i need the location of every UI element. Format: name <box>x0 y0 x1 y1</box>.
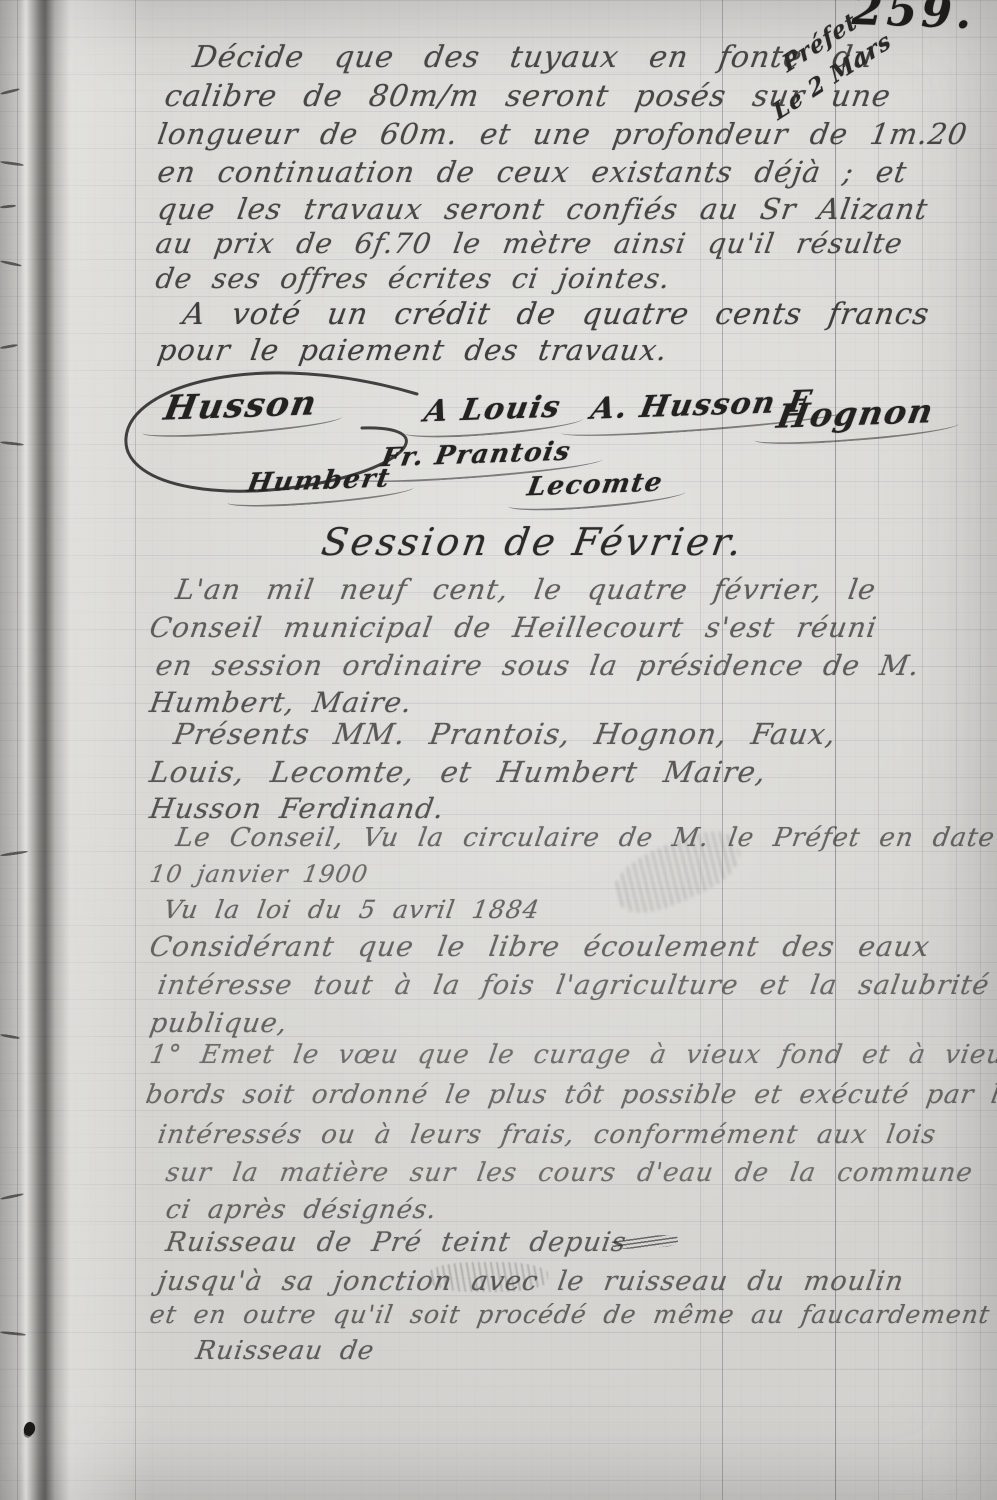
signatures-layer: HussonA LouisA. Husson FHognonFr. Pranto… <box>0 0 997 1500</box>
session-title: Session de Février. <box>319 520 748 564</box>
signature: Hognon <box>774 391 937 435</box>
signature: A Louis <box>421 390 564 430</box>
register-page: 259. Préfet Le 2 Mars Décide que des tuy… <box>0 0 997 1500</box>
signature: Husson <box>161 383 321 428</box>
signature: Fr. Prantois <box>379 437 574 474</box>
signature: Humbert <box>245 464 393 499</box>
signature: Lecomte <box>525 468 666 503</box>
